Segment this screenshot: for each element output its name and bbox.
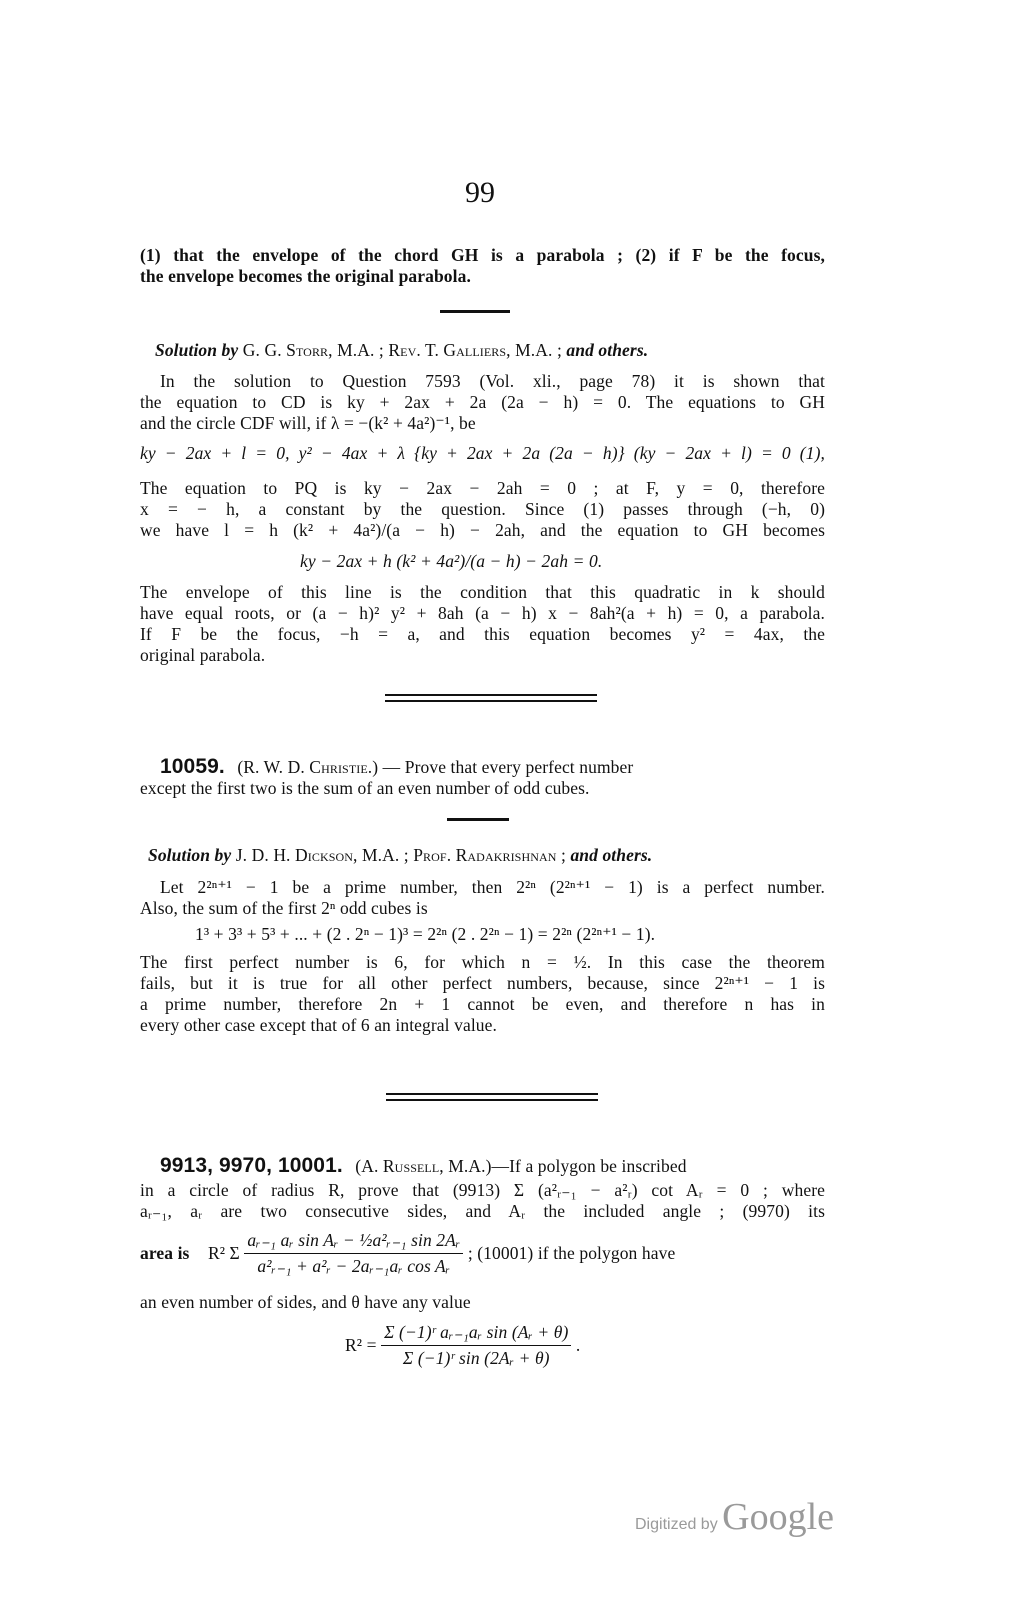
sol1-line-5: The equation to PQ is ky − 2ax − 2ah = 0… [140, 478, 825, 499]
area-numerator: aᵣ₋₁ aᵣ sin Aᵣ − ½a²ᵣ₋₁ sin 2Aᵣ [244, 1230, 463, 1254]
question-proposer: (R. W. D. Christie.) [237, 757, 378, 777]
document-page: 99 (1) that the envelope of the chord GH… [0, 0, 1019, 1616]
question-text: — Prove that every perfect number [383, 757, 634, 777]
solution-authors: J. D. H. Dickson, M.A. ; Prof. Radakrish… [236, 845, 566, 865]
final-formula: R² = Σ (−1)ʳ aᵣ₋₁aᵣ sin (Aᵣ + θ) Σ (−1)ʳ… [345, 1322, 580, 1369]
sol1-line-3: and the circle CDF will, if λ = −(k² + 4… [140, 413, 825, 434]
sol1-line-10: have equal roots, or (a − h)² y² + 8ah (… [140, 603, 825, 624]
sol2-line-5: fails, but it is true for all other perf… [140, 973, 825, 994]
question-text: —If a polygon be inscribed [492, 1156, 687, 1176]
double-divider-top [385, 694, 597, 696]
solution-label: Solution by [155, 340, 238, 360]
double-divider-2-top [386, 1093, 598, 1095]
sol2-line-6: a prime number, therefore 2n + 1 cannot … [140, 994, 825, 1015]
sol1-line-1: In the solution to Question 7593 (Vol. x… [160, 371, 825, 392]
google-watermark: Digitized by Google [635, 1495, 834, 1539]
short-divider-2 [447, 818, 509, 821]
area-suffix: ; (10001) if the polygon have [468, 1243, 676, 1263]
question-10059-line-2: except the first two is the sum of an ev… [140, 778, 825, 799]
solution-others: and others. [566, 340, 648, 360]
sol1-line-7: we have l = h (k² + 4a²)/(a − h) − 2ah, … [140, 520, 825, 541]
sol1-equation-2: ky − 2ax + h (k² + 4a²)/(a − h) − 2ah = … [300, 551, 602, 572]
final-lhs: R² = [345, 1335, 377, 1355]
solution-2-byline: Solution by J. D. H. Dickson, M.A. ; Pro… [148, 845, 833, 866]
solution-others: and others. [570, 845, 652, 865]
area-prefix: R² Σ [208, 1243, 240, 1263]
area-label: area is [140, 1243, 189, 1263]
sol1-line-11: If F be the focus, −h = a, and this equa… [140, 624, 825, 645]
question-9913-line-3: aᵣ₋₁, aᵣ are two consecutive sides, and … [140, 1201, 825, 1222]
area-denominator: a²ᵣ₋₁ + a²ᵣ − 2aᵣ₋₁aᵣ cos Aᵣ [244, 1254, 463, 1277]
double-divider-bottom [385, 700, 597, 702]
solution-label: Solution by [148, 845, 231, 865]
question-proposer: (A. Russell, M.A.) [355, 1156, 491, 1176]
sol2-line-4: The first perfect number is 6, for which… [140, 952, 825, 973]
page-number: 99 [0, 176, 960, 210]
sol2-line-1: Let 2²ⁿ⁺¹ − 1 be a prime number, then 2²… [160, 877, 825, 898]
sol2-line-2: Also, the sum of the first 2ⁿ odd cubes … [140, 898, 825, 919]
area-formula-line: area is R² Σ aᵣ₋₁ aᵣ sin Aᵣ − ½a²ᵣ₋₁ sin… [140, 1230, 825, 1277]
final-end: . [576, 1335, 580, 1355]
final-denominator: Σ (−1)ʳ sin (2Aᵣ + θ) [381, 1346, 571, 1369]
final-fraction: Σ (−1)ʳ aᵣ₋₁aᵣ sin (Aᵣ + θ) Σ (−1)ʳ sin … [381, 1322, 571, 1369]
question-number: 9913, 9970, 10001. [160, 1154, 343, 1177]
short-divider [440, 310, 510, 313]
double-divider-2-bottom [386, 1099, 598, 1101]
watermark-prefix: Digitized by [635, 1516, 718, 1533]
sol1-line-2: the equation to CD is ky + 2ax + 2a (2a … [140, 392, 825, 413]
question-9913-line-2: in a circle of radius R, prove that (991… [140, 1180, 825, 1201]
sol2-equation: 1³ + 3³ + 5³ + ... + (2 . 2ⁿ − 1)³ = 2²ⁿ… [195, 924, 655, 945]
solution-authors: G. G. Storr, M.A. ; Rev. T. Galliers, M.… [243, 340, 562, 360]
question-10059-header: 10059. (R. W. D. Christie.) — Prove that… [160, 756, 825, 778]
sol1-line-12: original parabola. [140, 645, 825, 666]
sol1-equation-1: ky − 2ax + l = 0, y² − 4ax + λ {ky + 2ax… [140, 443, 825, 464]
google-logo: Google [722, 1496, 834, 1538]
question-9913-header: 9913, 9970, 10001. (A. Russell, M.A.)—If… [160, 1155, 825, 1177]
sol1-line-6: x = − h, a constant by the question. Sin… [140, 499, 825, 520]
question-number: 10059. [160, 755, 225, 778]
sol2-line-7: every other case except that of 6 an int… [140, 1015, 825, 1036]
solution-1-byline: Solution by G. G. Storr, M.A. ; Rev. T. … [155, 340, 840, 361]
question-9913-line-6: an even number of sides, and θ have any … [140, 1292, 825, 1313]
final-numerator: Σ (−1)ʳ aᵣ₋₁aᵣ sin (Aᵣ + θ) [381, 1322, 571, 1346]
sol1-line-9: The envelope of this line is the conditi… [140, 582, 825, 603]
area-fraction: aᵣ₋₁ aᵣ sin Aᵣ − ½a²ᵣ₋₁ sin 2Aᵣ a²ᵣ₋₁ + … [244, 1230, 463, 1277]
intro-line-2: the envelope becomes the original parabo… [140, 266, 825, 287]
intro-line-1: (1) that the envelope of the chord GH is… [140, 245, 825, 266]
